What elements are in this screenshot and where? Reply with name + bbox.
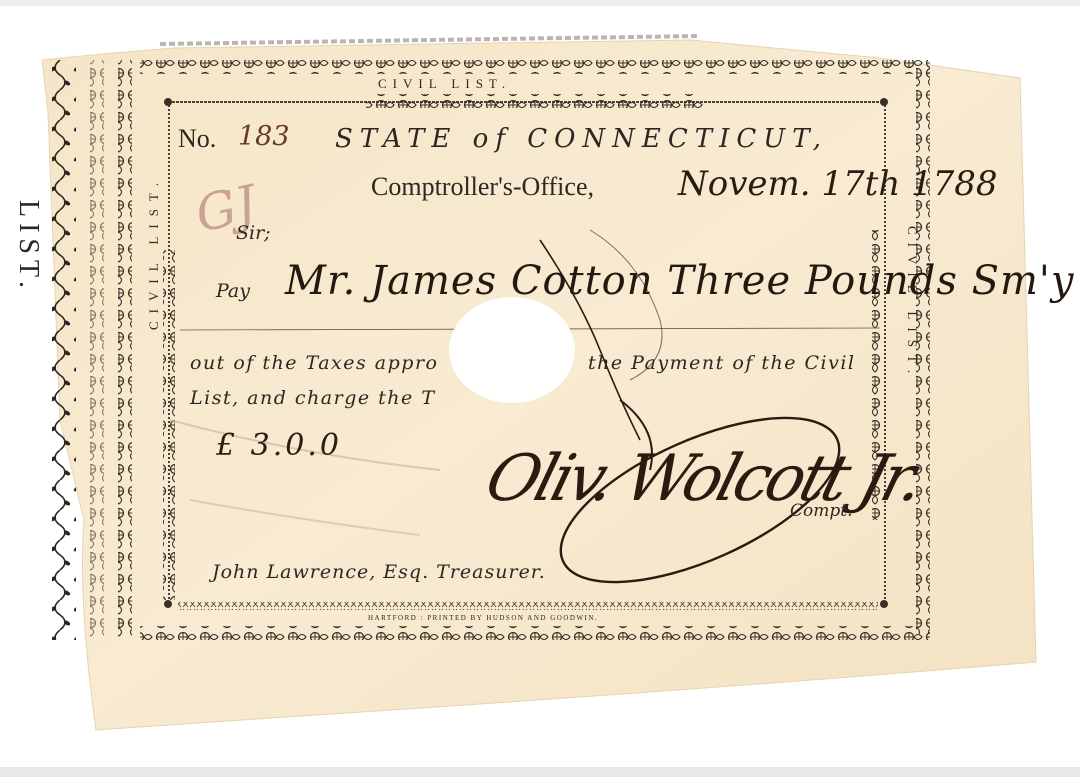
amount: £ 3.0.0 — [216, 428, 342, 463]
side-label-edge: LIST. — [12, 200, 44, 294]
body-line-2: List, and charge the T — [190, 387, 436, 409]
office-line: Comptroller's-Office, — [371, 172, 594, 202]
side-label-left: CIVIL LIST. — [146, 175, 162, 330]
header-civil-list: CIVIL LIST. — [378, 76, 511, 92]
document-paper: CIVIL LIST. No. 183 STATE of CONNECTICUT… — [0, 0, 1080, 777]
number-label: No. — [178, 124, 216, 154]
signature: Oliv. Wolcott Jr. — [478, 442, 929, 516]
cancellation-punch-hole — [449, 297, 575, 403]
bottom-margin-strip — [0, 767, 1080, 777]
state-title: STATE of CONNECTICUT, — [335, 124, 828, 154]
date: Novem. 17th 1788 — [678, 164, 998, 204]
signature-title: Compt. — [790, 501, 852, 521]
side-label-right: CIVIL LIST. — [904, 226, 920, 381]
salutation: Sir; — [236, 222, 271, 244]
payee-and-amount: Mr. James Cotton Three Pounds Sm'y — [285, 258, 1075, 304]
printer-imprint: HARTFORD : PRINTED BY HUDSON AND GOODWIN… — [368, 614, 598, 622]
addressee: John Lawrence, Esq. Treasurer. — [212, 561, 546, 583]
body-line-1b: the Payment of the Civil — [588, 352, 856, 374]
pay-label: Pay — [216, 280, 250, 302]
body-line-1a: out of the Taxes appro — [190, 352, 438, 374]
document-number: 183 — [238, 121, 290, 152]
